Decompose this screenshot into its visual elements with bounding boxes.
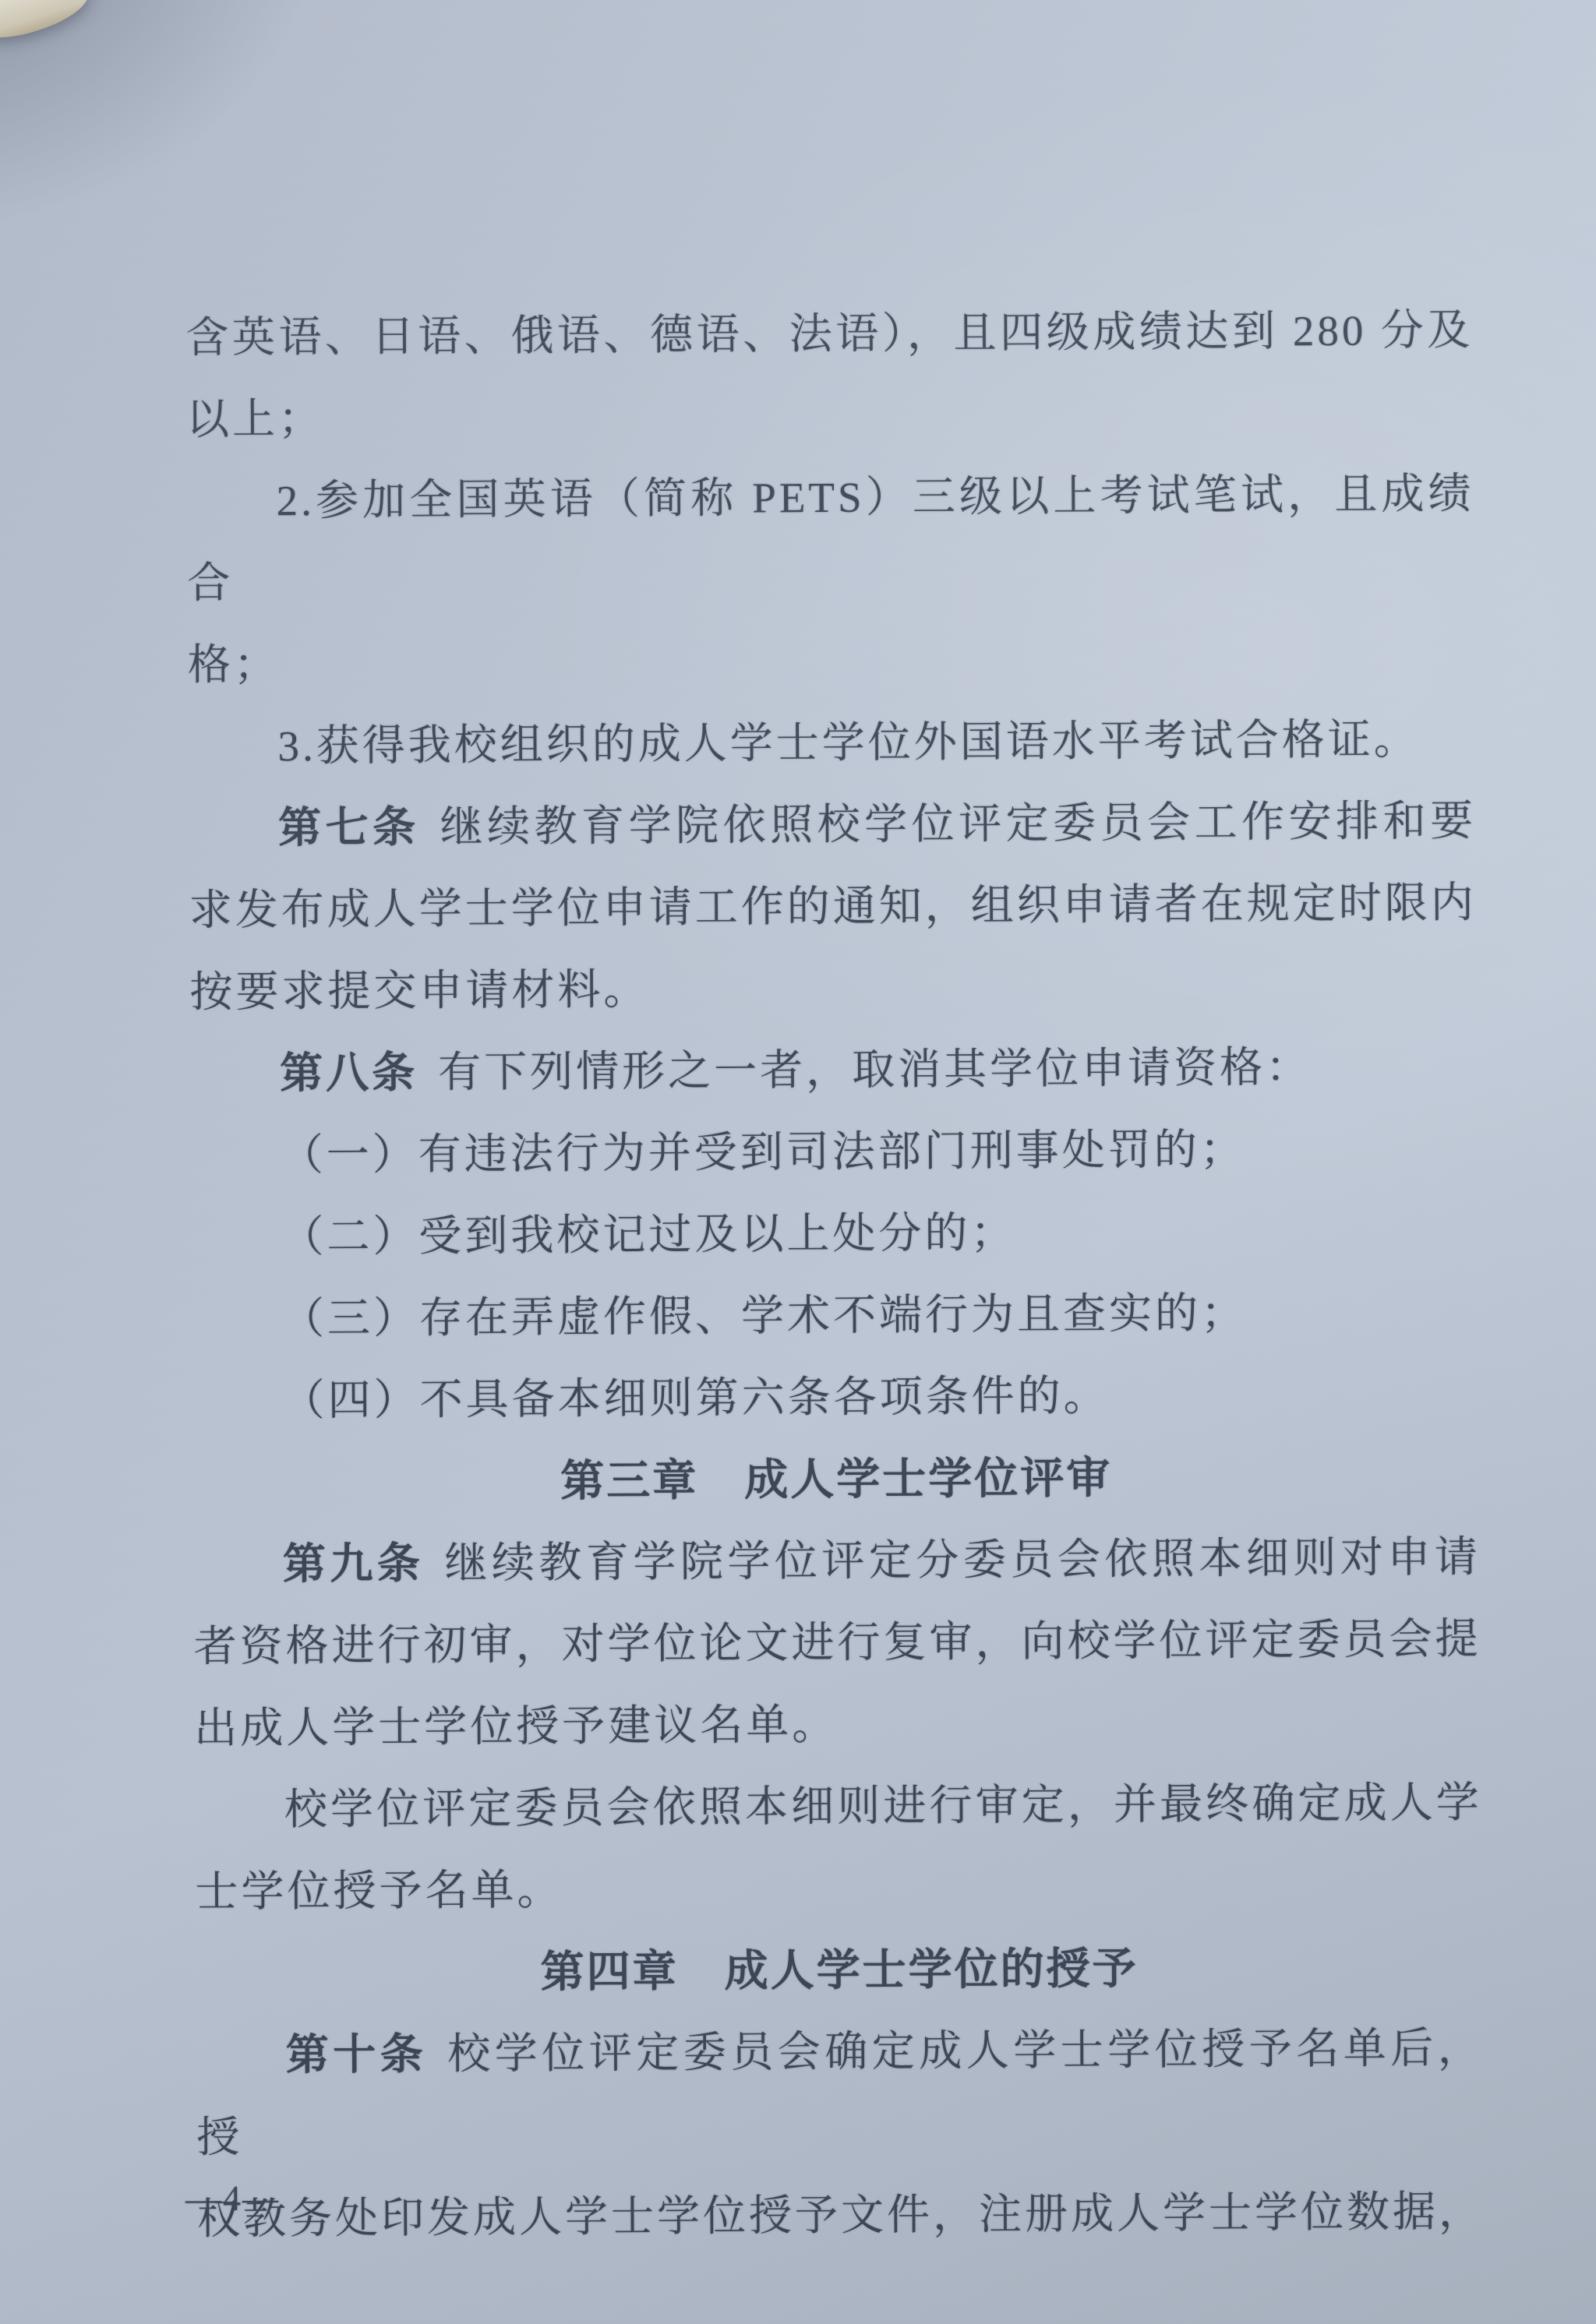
body-line: 校学位评定委员会依照本细则进行审定，并最终确定成人学 — [195, 1762, 1483, 1851]
article-text: 继续教育学院依照校学位评定委员会工作安排和要 — [440, 797, 1476, 851]
list-item: （二）受到我校记过及以上处分的； — [191, 1189, 1479, 1278]
chapter-heading: 第三章 成人学士学位评审 — [192, 1434, 1481, 1524]
body-line: 按要求提交申请材料。 — [189, 943, 1478, 1033]
article-number: 第八条 — [280, 1048, 418, 1097]
list-item: （三）存在弄虚作假、学术不端行为且查实的； — [192, 1271, 1480, 1360]
list-item: （四）不具备本细则第六条各项条件的。 — [192, 1352, 1480, 1442]
article-text: 继续教育学院学位评定分委员会依照本细则对申请 — [444, 1533, 1481, 1587]
body-line: 权教务处印发成人学士学位授予文件，注册成人学士学位数据， — [197, 2171, 1485, 2260]
chapter-heading: 第四章 成人学士学位的授予 — [196, 1925, 1484, 2015]
article-line: 第十条校学位评定委员会确定成人学士学位授予名单后，授 — [196, 2007, 1484, 2178]
article-text: 有下列情形之一者，取消其学位申请资格： — [438, 1043, 1312, 1096]
article-number: 第七条 — [278, 802, 420, 852]
document-photo: 含英语、日语、俄语、德语、法语），且四级成绩达到 280 分及 以上； 2.参加… — [0, 0, 1596, 2324]
article-line: 第九条继续教育学院学位评定分委员会依照本细则对申请 — [193, 1516, 1481, 1606]
body-line: 以上； — [186, 371, 1474, 460]
body-line: 含英语、日语、俄语、德语、法语），且四级成绩达到 280 分及 — [185, 289, 1474, 379]
body-line: 格； — [188, 616, 1476, 706]
list-item: （一）有违法行为并受到司法部门刑事处罚的； — [190, 1107, 1478, 1197]
page-content: 含英语、日语、俄语、德语、法语），且四级成绩达到 280 分及 以上； 2.参加… — [185, 289, 1485, 2260]
article-line: 第八条有下列情形之一者，取消其学位申请资格： — [190, 1025, 1478, 1115]
list-item: 3.获得我校组织的成人学士学位外国语水平考试合格证。 — [188, 698, 1476, 788]
article-number: 第十条 — [286, 2030, 428, 2079]
paper-corner-object — [0, 0, 94, 48]
list-item: 2.参加全国英语（简称 PETS）三级以上考试笔试，且成绩合 — [186, 453, 1474, 624]
article-number: 第九条 — [283, 1539, 425, 1588]
article-line: 第七条继续教育学院依照校学位评定委员会工作安排和要 — [189, 780, 1477, 869]
body-line: 者资格进行初审，对学位论文进行复审，向校学位评定委员会提 — [193, 1598, 1481, 1687]
page-number: —4— — [185, 2178, 280, 2220]
body-line: 求发布成人学士学位申请工作的通知，组织申请者在规定时限内 — [189, 862, 1477, 951]
body-line: 出成人学士学位授予建议名单。 — [194, 1680, 1482, 1769]
body-line: 士学位授予名单。 — [195, 1843, 1483, 1933]
